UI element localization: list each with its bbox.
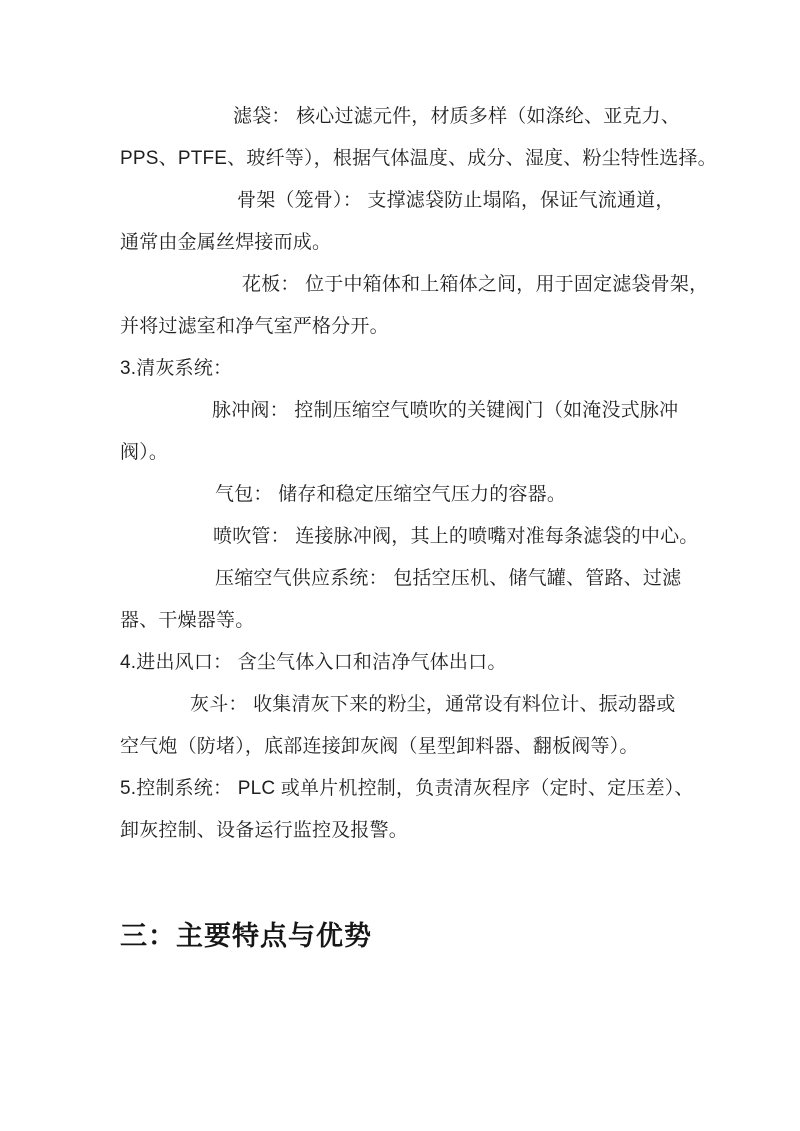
- body-line: PPS、PTFE、玻纤等），根据气体温度、成分、湿度、粉尘特性选择。: [120, 138, 687, 180]
- body-line: 花板： 位于中箱体和上箱体之间，用于固定滤袋骨架，: [120, 264, 687, 306]
- body-line: 滤袋： 核心过滤元件，材质多样（如涤纶、亚克力、: [120, 96, 687, 138]
- body-line: 4.进出风口： 含尘气体入口和洁净气体出口。: [120, 642, 687, 684]
- body-line: 喷吹管： 连接脉冲阀，其上的喷嘴对准每条滤袋的中心。: [120, 516, 687, 558]
- body-line: 灰斗： 收集清灰下来的粉尘，通常设有料位计、振动器或: [120, 684, 687, 726]
- body-line: 脉冲阀： 控制压缩空气喷吹的关键阀门（如淹没式脉冲: [120, 390, 687, 432]
- body-line: 空气炮（防堵），底部连接卸灰阀（星型卸料器、翻板阀等）。: [120, 726, 687, 768]
- body-line: 压缩空气供应系统： 包括空压机、储气罐、管路、过滤: [120, 558, 687, 600]
- body-line: 5.控制系统： PLC 或单片机控制，负责清灰程序（定时、定压差）、: [120, 768, 687, 810]
- document-body-text: 滤袋： 核心过滤元件，材质多样（如涤纶、亚克力、PPS、PTFE、玻纤等），根据…: [120, 96, 687, 852]
- body-line: 卸灰控制、设备运行监控及报警。: [120, 810, 687, 852]
- section-heading: 三：主要特点与优势: [120, 918, 372, 954]
- body-line: 并将过滤室和净气室严格分开。: [120, 306, 687, 348]
- body-line: 骨架（笼骨）： 支撑滤袋防止塌陷，保证气流通道，: [120, 180, 687, 222]
- body-line: 器、干燥器等。: [120, 600, 687, 642]
- document-page: 滤袋： 核心过滤元件，材质多样（如涤纶、亚克力、PPS、PTFE、玻纤等），根据…: [0, 0, 800, 1131]
- body-line: 通常由金属丝焊接而成。: [120, 222, 687, 264]
- body-line: 阀）。: [120, 432, 687, 474]
- body-line: 3.清灰系统：: [120, 348, 687, 390]
- body-line: 气包： 储存和稳定压缩空气压力的容器。: [120, 474, 687, 516]
